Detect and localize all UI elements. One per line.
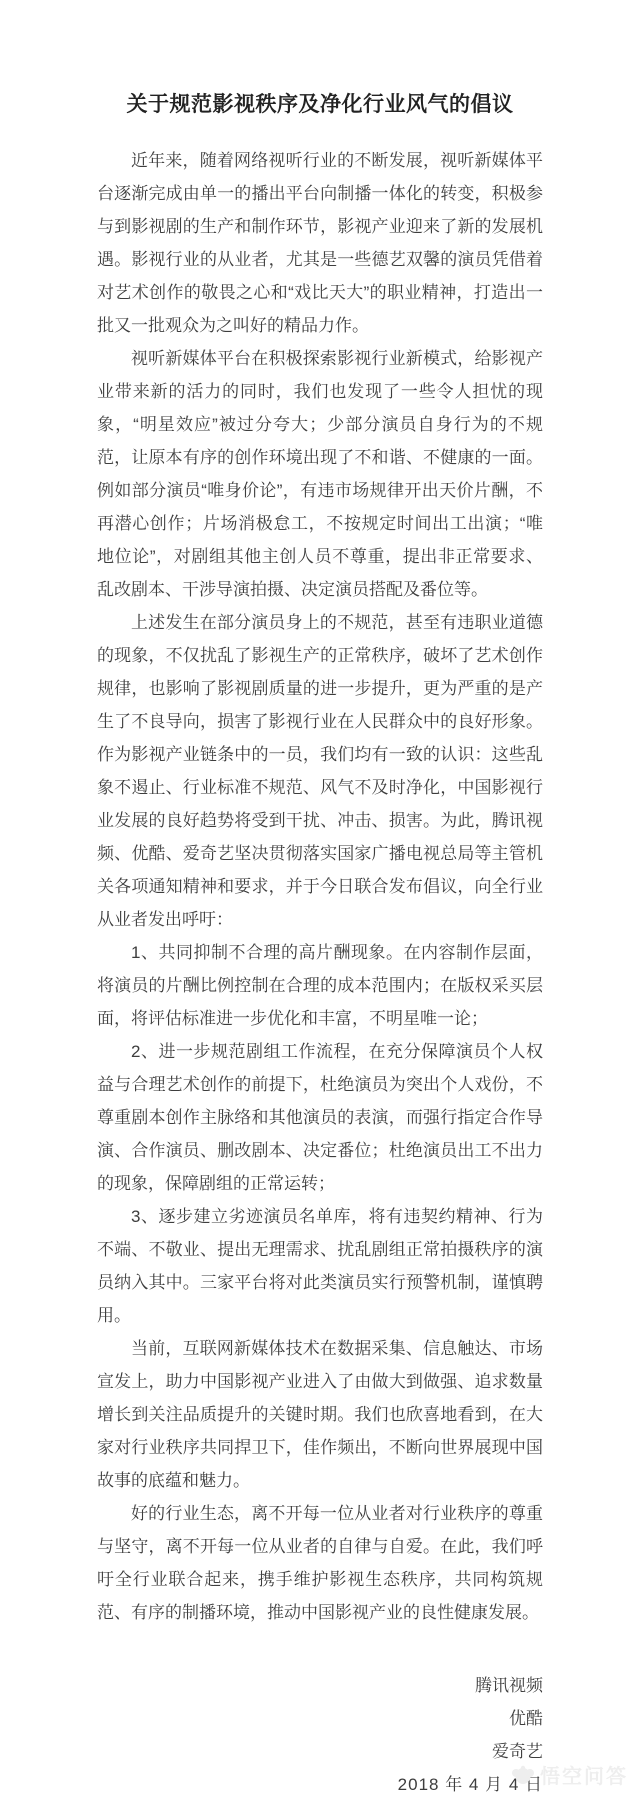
signature-iqiyi: 爱奇艺 (97, 1735, 543, 1768)
signature-block: 腾讯视频 优酷 爱奇艺 2018 年 4 月 4 日 (97, 1669, 543, 1801)
paragraph-problems-observed: 视听新媒体平台在积极探索影视行业新模式，给影视产业带来新的活力的同时，我们也发现… (97, 342, 543, 606)
paragraph-consensus-and-appeal: 上述发生在部分演员身上的不规范，甚至有违职业道德的现象，不仅扰乱了影视生产的正常… (97, 606, 543, 936)
paragraph-intro-development: 近年来，随着网络视听行业的不断发展，视听新媒体平台逐渐完成由单一的播出平台向制播… (97, 144, 543, 342)
signature-tencent-video: 腾讯视频 (97, 1669, 543, 1702)
document-page: 关于规范影视秩序及净化行业风气的倡议 近年来，随着网络视听行业的不断发展，视听新… (0, 0, 640, 1801)
watermark-label: 悟空问答 (540, 1760, 628, 1789)
list-item-3-blacklist: 3、逐步建立劣迹演员名单库，将有违契约精神、行为不端、不敬业、提出无理需求、扰乱… (97, 1200, 543, 1332)
document-date: 2018 年 4 月 4 日 (97, 1768, 543, 1801)
wukong-monkey-logo-icon (511, 1764, 535, 1786)
signature-youku: 优酷 (97, 1702, 543, 1735)
paragraph-current-stage: 当前，互联网新媒体技术在数据采集、信息触达、市场宣发上，助力中国影视产业进入了由… (97, 1332, 543, 1497)
document-title: 关于规范影视秩序及净化行业风气的倡议 (97, 90, 543, 120)
document-content: 关于规范影视秩序及净化行业风气的倡议 近年来，随着网络视听行业的不断发展，视听新… (0, 0, 640, 1801)
watermark: 悟空问答 (511, 1760, 628, 1789)
list-item-2-crew-workflow: 2、进一步规范剧组工作流程，在充分保障演员个人权益与合理艺术创作的前提下，杜绝演… (97, 1035, 543, 1200)
paragraph-closing-call: 好的行业生态，离不开每一位从业者对行业秩序的尊重与坚守，离不开每一位从业者的自律… (97, 1497, 543, 1629)
list-item-1-pay-control: 1、共同抑制不合理的高片酬现象。在内容制作层面，将演员的片酬比例控制在合理的成本… (97, 936, 543, 1035)
